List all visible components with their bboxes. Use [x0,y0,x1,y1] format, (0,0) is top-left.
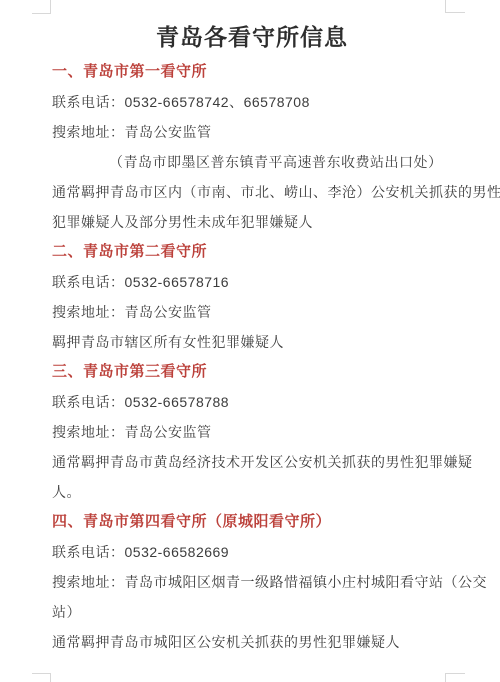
contact-phone-line: 联系电话：0532-66582669 [52,537,452,567]
section-heading: 二、青岛市第二看守所 [52,237,452,267]
page-margin-mark-top-left [32,0,51,14]
document-content: 青岛各看守所信息 一、青岛市第一看守所 联系电话：0532-66578742、6… [52,18,452,657]
search-address-line: 搜索地址：青岛市城阳区烟青一级路惜福镇小庄村城阳看守站（公交 [52,567,452,597]
description-line: 犯罪嫌疑人及部分男性未成年犯罪嫌疑人 [52,207,452,237]
section-detention-center-1: 一、青岛市第一看守所 联系电话：0532-66578742、66578708 搜… [52,57,452,237]
section-detention-center-3: 三、青岛市第三看守所 联系电话：0532-66578788 搜索地址：青岛公安监… [52,357,452,507]
contact-phone-line: 联系电话：0532-66578788 [52,387,452,417]
description-line: 通常羁押青岛市区内（市南、市北、崂山、李沧）公安机关抓获的男性 [52,177,452,207]
description-line: 通常羁押青岛市黄岛经济技术开发区公安机关抓获的男性犯罪嫌疑 [52,447,452,477]
section-heading: 三、青岛市第三看守所 [52,357,452,387]
description-line: 人。 [52,477,452,507]
search-address-line: 搜索地址：青岛公安监管 [52,297,452,327]
contact-phone-line: 联系电话：0532-66578716 [52,267,452,297]
search-address-line: 搜索地址：青岛公安监管 [52,117,452,147]
page-margin-mark-bottom-right [445,673,465,682]
document-title: 青岛各看守所信息 [52,18,452,57]
page-margin-mark-top-right [445,0,465,13]
search-address-line: 搜索地址：青岛公安监管 [52,417,452,447]
section-heading: 四、青岛市第四看守所（原城阳看守所） [52,507,452,537]
section-detention-center-4: 四、青岛市第四看守所（原城阳看守所） 联系电话：0532-66582669 搜索… [52,507,452,657]
section-detention-center-2: 二、青岛市第二看守所 联系电话：0532-66578716 搜索地址：青岛公安监… [52,237,452,357]
description-line: 羁押青岛市辖区所有女性犯罪嫌疑人 [52,327,452,357]
contact-phone-line: 联系电话：0532-66578742、66578708 [52,87,452,117]
address-detail-line: （青岛市即墨区普东镇青平高速普东收费站出口处） [52,147,452,177]
document-page: 青岛各看守所信息 一、青岛市第一看守所 联系电话：0532-66578742、6… [0,0,500,682]
section-heading: 一、青岛市第一看守所 [52,57,452,87]
search-address-line: 站） [52,597,452,627]
page-margin-mark-bottom-left [32,673,51,682]
description-line: 通常羁押青岛市城阳区公安机关抓获的男性犯罪嫌疑人 [52,627,452,657]
